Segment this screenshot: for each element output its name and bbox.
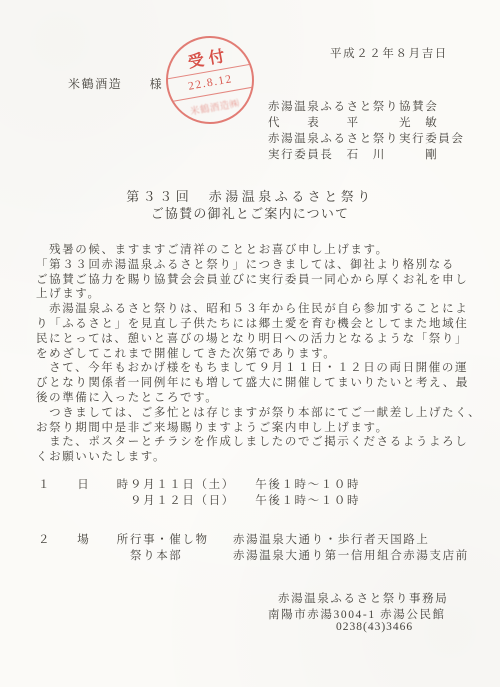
- sender-committee: 赤湯温泉ふるさと祭り実行委員会: [268, 131, 465, 147]
- body-line: 民にとっては、憩いと喜びの場となり明日への活力となるような「祭り」: [36, 332, 481, 347]
- place-value: 赤湯温泉大通り第一信用組合赤湯支店前: [233, 548, 469, 564]
- schedule-label: １ 日 時: [38, 477, 130, 493]
- footer-office-name: 赤湯温泉ふるさと祭り事務局: [278, 590, 448, 606]
- schedule-row-day1: ９月１１日（土） 午後１時～１０時: [130, 477, 360, 493]
- title-line-2: ご協賛の御礼とご案内について: [0, 205, 500, 222]
- sender-block: 赤湯温泉ふるさと祭り協賛会 代 表 平 光 敏 赤湯温泉ふるさと祭り実行委員会 …: [268, 99, 465, 163]
- scanned-letter-page: 平成２２年８月吉日 米鶴酒造 様 受付 22.8.12 米鶴酒造㈱ 赤湯温泉ふる…: [0, 0, 500, 687]
- body-line: 残暑の候、ますますご清祥のこととお喜び申し上げます。: [36, 243, 481, 258]
- body-line: り「ふるさと」を見直し子供たちには郷土愛を育む機会としてまた地域住: [36, 317, 481, 332]
- sender-chairman: 実行委員長 石 川 剛: [268, 147, 465, 163]
- place-name: 祭り本部: [130, 548, 182, 564]
- letter-title: 第３３回 赤湯温泉ふるさと祭り ご協賛の御礼とご案内について: [0, 188, 500, 222]
- sender-association: 赤湯温泉ふるさと祭り協賛会: [268, 99, 465, 115]
- letter-body: 残暑の候、ますますご清祥のこととお喜び申し上げます。 「第３３回赤湯温泉ふるさと…: [36, 243, 481, 465]
- schedule-row-day2: ９月１２日（日） 午後１時～１０時: [130, 493, 360, 509]
- receipt-stamp: 受付 22.8.12 米鶴酒造㈱: [159, 29, 261, 131]
- body-line: お祭り期間中是非ご来場賜りますようご案内申し上げます。: [36, 421, 481, 436]
- body-line: 「第３３回赤湯温泉ふるさと祭り」につきましては、御社より格別なる: [36, 258, 481, 273]
- body-line: また、ポスターとチラシを作成しましたのでご掲示くださるようよろし: [36, 435, 481, 450]
- sender-representative: 代 表 平 光 敏: [268, 115, 465, 131]
- place-label: ２ 場 所: [38, 532, 130, 548]
- title-line-1: 第３３回 赤湯温泉ふるさと祭り: [0, 188, 500, 205]
- addressee: 米鶴酒造 様: [68, 75, 163, 92]
- place-value: 赤湯温泉大通り・歩行者天国路上: [233, 532, 430, 548]
- body-line: さて、今年もおかげ様をもちまして９月１１日・１２日の両日開催の運: [36, 361, 481, 376]
- place-name: 行事・催し物: [130, 532, 209, 548]
- footer-phone: 0238(43)3466: [336, 621, 413, 633]
- body-line: 後の準備に入ったところです。: [36, 391, 481, 406]
- body-line: 上げます。: [36, 287, 481, 302]
- body-line: ご協賛ご協力を賜り協賛会会員並びに実行委員一同心から厚くお礼を申し: [36, 273, 481, 288]
- body-line: つきましては、ご多忙とは存じますが祭り本部にてご一献差し上げたく、: [36, 406, 481, 421]
- letter-date: 平成２２年８月吉日: [330, 45, 448, 61]
- footer-address: 南陽市赤湯3004-1 赤湯公民館: [268, 606, 446, 622]
- body-line: くお願いいたします。: [36, 450, 481, 465]
- body-line: 赤湯温泉ふるさと祭りは、昭和５３年から住民が自ら参加することによ: [36, 302, 481, 317]
- body-line: びとなり関係者一同例年にも増して盛大に開催してまいりたいと考え、最: [36, 376, 481, 391]
- body-line: をめざしてこれまで開催してきた次第であります。: [36, 347, 481, 362]
